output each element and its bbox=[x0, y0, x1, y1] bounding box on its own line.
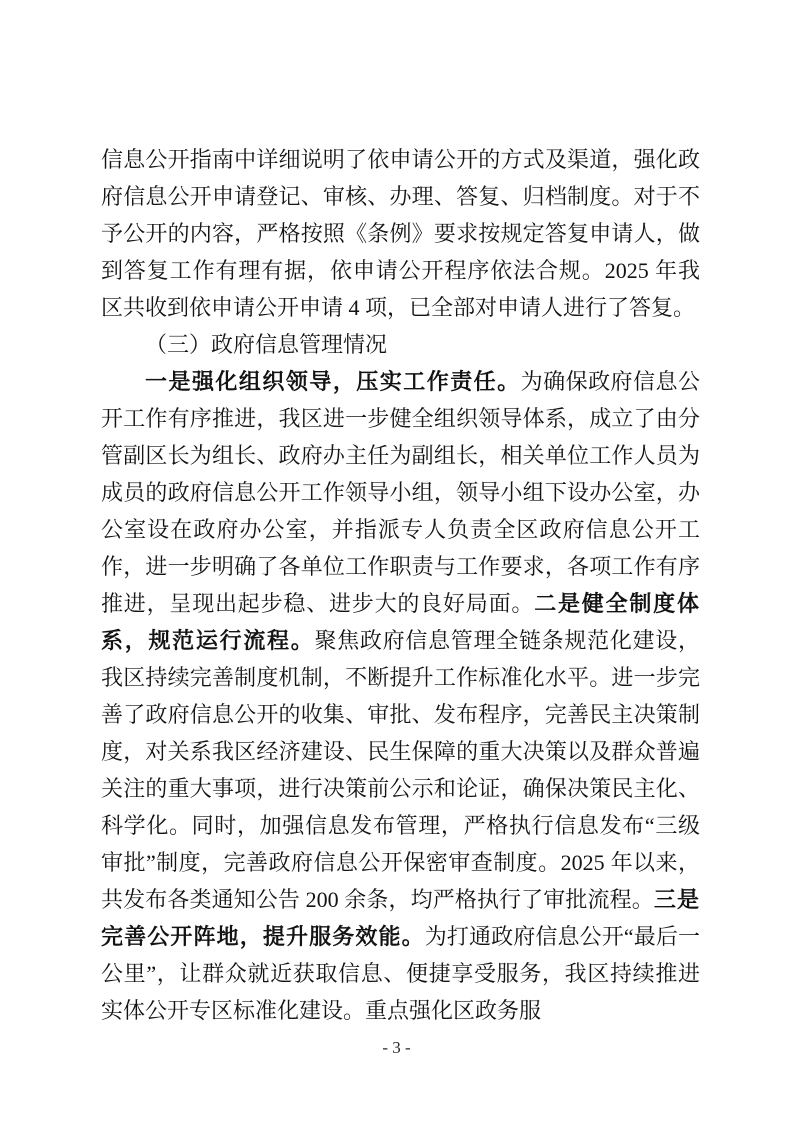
bold-text-run: 一是强化组织领导，压实工作责任。 bbox=[145, 369, 521, 394]
document-page: 信息公开指南中详细说明了依申请公开的方式及渠道，强化政府信息公开申请登记、审核、… bbox=[0, 0, 793, 1122]
text-run: 为确保政府信息公开工作有序推进，我区进一步健全组织领导体系，成立了由分管副区长为… bbox=[101, 369, 700, 616]
paragraph-continued: 信息公开指南中详细说明了依申请公开的方式及渠道，强化政府信息公开申请登记、审核、… bbox=[101, 141, 700, 326]
paragraph-management: 一是强化组织领导，压实工作责任。为确保政府信息公开工作有序推进，我区进一步健全组… bbox=[101, 363, 700, 1029]
document-body: 信息公开指南中详细说明了依申请公开的方式及渠道，强化政府信息公开申请登记、审核、… bbox=[101, 141, 700, 1029]
page-number: - 3 - bbox=[0, 1036, 793, 1060]
section-heading: （三）政府信息管理情况 bbox=[101, 326, 700, 363]
text-run: 聚焦政府信息管理全链条规范化建设，我区持续完善制度机制，不断提升工作标准化水平。… bbox=[101, 628, 700, 912]
text-run: （三）政府信息管理情况 bbox=[145, 332, 387, 357]
text-run: 信息公开指南中详细说明了依申请公开的方式及渠道，强化政府信息公开申请登记、审核、… bbox=[101, 147, 700, 320]
